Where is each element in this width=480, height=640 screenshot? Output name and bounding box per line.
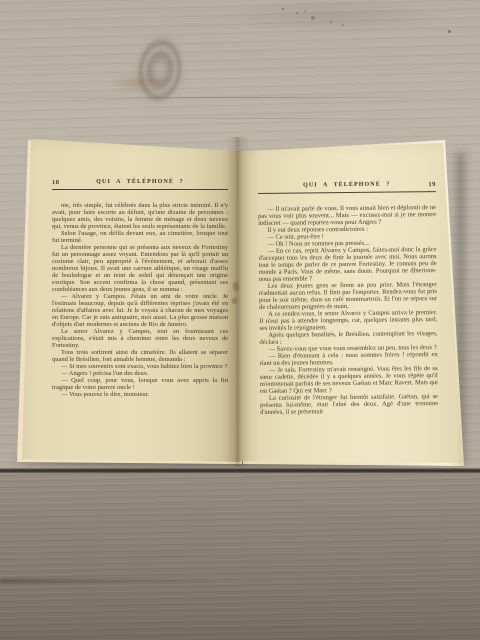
right-page-header: 19 QUI A TÉLÉPHONÉ ? <box>258 181 436 192</box>
wood-specks <box>282 8 284 10</box>
wood-stain <box>112 72 166 94</box>
paragraph: Selon l'usage, on défila devant eux, au … <box>52 230 228 244</box>
paragraph: Les deux jeunes gens se firent un peu pr… <box>259 281 437 311</box>
left-page-body: nie, très simple, fut célébrée dans la p… <box>52 202 228 398</box>
gutter-wear-mark <box>232 298 237 304</box>
paragraph: Le senor Alvarez y Campos, tout en fourn… <box>52 328 228 349</box>
table-plank-bottom <box>0 473 480 640</box>
paragraph: — Si mes souvenirs sont exacts, vous hab… <box>52 363 228 370</box>
wood-grain-texture <box>0 473 480 640</box>
header-rule <box>52 189 228 190</box>
paragraph: La curiosité de l'étranger fut bientôt s… <box>260 393 438 416</box>
left-page-text: 18 QUI A TÉLÉPHONÉ ? nie, très simple, f… <box>52 179 228 398</box>
right-page-number: 19 <box>428 181 436 188</box>
wood-grain-streak <box>20 97 460 98</box>
paragraph: — Je sais. Fortestiny m'avait renseigné.… <box>260 365 438 395</box>
paragraph: — Vous pouvez le dire, monsieur. <box>52 391 228 398</box>
wood-speck <box>448 30 451 33</box>
paragraph: A ce rendez-vous, le senor Alvarez y Cam… <box>259 309 437 332</box>
paragraph: — En ce cas, reprit Alvarez y Campos, fa… <box>258 246 436 283</box>
paragraph: La dernière personne qui se présenta aux… <box>52 244 228 293</box>
running-title: QUI A TÉLÉPHONÉ ? <box>258 181 436 190</box>
photo-of-open-book: 18 QUI A TÉLÉPHONÉ ? nie, très simple, f… <box>0 0 480 640</box>
paragraph: — Alvarez y Campos. J'étais un ami de vo… <box>52 293 228 328</box>
paragraph: — Il m'avait parlé de vous. Il vous aima… <box>258 204 436 227</box>
wood-grain-streak <box>0 579 230 583</box>
right-page-text: 19 QUI A TÉLÉPHONÉ ? — Il m'avait parlé … <box>258 181 438 416</box>
paragraph: nie, très simple, fut célébrée dans la p… <box>52 202 228 230</box>
right-page-body: — Il m'avait parlé de vous. Il vous aima… <box>258 204 438 416</box>
paragraph: — Quel coup, pour vous, lorsque vous ave… <box>52 377 228 391</box>
left-page-header: 18 QUI A TÉLÉPHONÉ ? <box>52 179 228 188</box>
left-page-number: 18 <box>52 179 60 186</box>
paragraph: — Angers ! précisa l'un des deux. <box>52 370 228 377</box>
gutter-wear-mark <box>233 282 239 291</box>
running-title: QUI A TÉLÉPHONÉ ? <box>52 179 228 186</box>
wood-grain-streak <box>120 118 420 119</box>
paragraph: Tous trois sortirent ainsi du cimetière.… <box>52 349 228 363</box>
